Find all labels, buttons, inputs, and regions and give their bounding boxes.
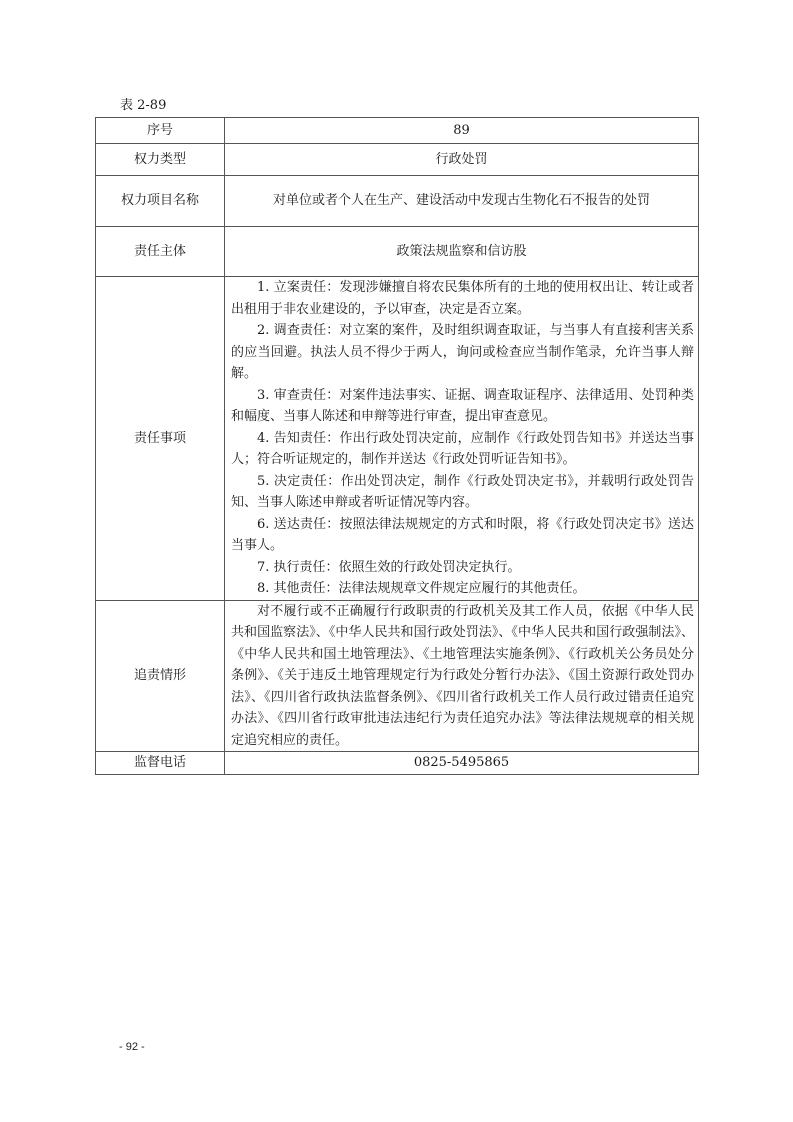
row-label: 监督电话 xyxy=(96,752,225,775)
row-label: 序号 xyxy=(96,118,225,144)
row-label: 责任主体 xyxy=(96,227,225,277)
responsibility-item: 4. 告知责任：作出行政处罚决定前，应制作《行政处罚告知书》并送达当事人；符合听… xyxy=(231,428,694,471)
table-row-responsibilities: 责任事项 1. 立案责任：发现涉嫌擅自将农民集体所有的土地的使用权出让、转让或者… xyxy=(96,277,699,601)
row-label: 权力项目名称 xyxy=(96,176,225,227)
table-row-power-type: 权力类型 行政处罚 xyxy=(96,144,699,176)
table-row-accountability: 追责情形 对不履行或不正确履行行政职责的行政机关及其工作人员，依据《中华人民共和… xyxy=(96,600,699,752)
row-label: 追责情形 xyxy=(96,600,225,752)
accountability-paragraph: 对不履行或不正确履行行政职责的行政机关及其工作人员，依据《中华人民共和国监察法》… xyxy=(231,601,694,752)
power-item-name-value: 对单位或者个人在生产、建设活动中发现古生物化石不报告的处罚 xyxy=(225,176,699,227)
supervision-phone-value: 0825-5495865 xyxy=(225,752,699,775)
serial-number-value: 89 xyxy=(225,118,699,144)
responsibility-item: 6. 送达责任：按照法律法规规定的方式和时限，将《行政处罚决定书》送达当事人。 xyxy=(231,514,694,557)
responsibility-item: 5. 决定责任：作出处罚决定，制作《行政处罚决定书》，并载明行政处罚告知、当事人… xyxy=(231,471,694,514)
row-label: 责任事项 xyxy=(96,277,225,601)
responsibilities-list: 1. 立案责任：发现涉嫌擅自将农民集体所有的土地的使用权出让、转让或者出租用于非… xyxy=(225,277,699,601)
row-label: 权力类型 xyxy=(96,144,225,176)
power-responsibility-table: 序号 89 权力类型 行政处罚 权力项目名称 对单位或者个人在生产、建设活动中发… xyxy=(95,117,699,775)
power-type-value: 行政处罚 xyxy=(225,144,699,176)
responsible-entity-value: 政策法规监察和信访股 xyxy=(225,227,699,277)
accountability-text: 对不履行或不正确履行行政职责的行政机关及其工作人员，依据《中华人民共和国监察法》… xyxy=(225,600,699,752)
responsibility-item: 2. 调查责任：对立案的案件，及时组织调查取证，与当事人有直接利害关系的应当回避… xyxy=(231,320,694,385)
responsibility-item: 1. 立案责任：发现涉嫌擅自将农民集体所有的土地的使用权出让、转让或者出租用于非… xyxy=(231,277,694,320)
responsibility-item: 7. 执行责任：依照生效的行政处罚决定执行。 xyxy=(231,557,694,579)
table-row-power-item-name: 权力项目名称 对单位或者个人在生产、建设活动中发现古生物化石不报告的处罚 xyxy=(96,176,699,227)
page-number: - 92 - xyxy=(119,1041,145,1053)
table-row-supervision-phone: 监督电话 0825-5495865 xyxy=(96,752,699,775)
responsibility-item: 3. 审查责任：对案件违法事实、证据、调查取证程序、法律适用、处罚种类和幅度、当… xyxy=(231,385,694,428)
table-row-responsible-entity: 责任主体 政策法规监察和信访股 xyxy=(96,227,699,277)
table-caption: 表 2-89 xyxy=(120,98,166,114)
responsibility-item: 8. 其他责任：法律法规规章文件规定应履行的其他责任。 xyxy=(231,578,694,600)
table-row-serial-number: 序号 89 xyxy=(96,118,699,144)
